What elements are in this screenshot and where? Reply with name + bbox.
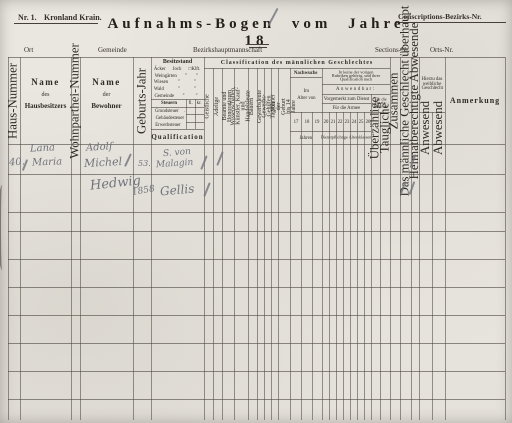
geburtsjahr-label: Geburts-Jahr <box>135 67 149 133</box>
besitzstand-row: Wiesen″″ <box>152 79 203 86</box>
scanned-census-form: Nr. 1. Kronland Krain. Conscriptions-Bez… <box>0 0 512 423</box>
grid-vline <box>343 112 344 420</box>
col-wissenschaften: Wissenschaften, Künstler, Kauf- und Hand… <box>234 68 248 144</box>
grid-hline <box>8 259 505 260</box>
bewohner-der-word: der <box>80 90 133 99</box>
steuer-kr-header: kr. <box>195 99 204 107</box>
col-geburtsjahr: Geburts-Jahr <box>133 57 151 144</box>
nachwuchs-jahren: Jahren <box>290 131 322 144</box>
nachwuchs-age-19: 19 <box>312 112 322 131</box>
grid-hline <box>8 315 505 316</box>
steuer-rows: Grundsteuer......... Gebäudesteuer......… <box>152 107 186 129</box>
grid-vline <box>329 112 330 420</box>
bewohner-name-word: Name <box>80 75 133 89</box>
anwendbar-label: Anwendbar: <box>322 84 390 94</box>
entry-resident-2: Michel <box>84 155 123 170</box>
grid-vline <box>505 57 506 420</box>
besitzstand-row: ÄckerJoch□Klft. <box>152 66 203 73</box>
steuer-fl-header: fl. <box>186 99 195 107</box>
steuer-row: Erwerbsteuer......... <box>152 122 186 129</box>
grid-vline <box>336 112 337 420</box>
col-adelige: Adelige <box>213 68 222 144</box>
grid-vline <box>312 112 313 420</box>
besitzstand-rows: ÄckerJoch□Klft. Weingärten″″ Wiesen″″ Wa… <box>152 66 203 99</box>
grid-hline <box>8 399 505 400</box>
entry-year-2: 53. <box>138 159 151 168</box>
grid-vline <box>432 112 433 420</box>
col-bauern: Bauern <box>248 68 257 144</box>
grid-hline <box>8 371 505 372</box>
steuer-row: Grundsteuer......... <box>152 107 186 114</box>
entry-owner-line1: Lana <box>30 142 56 154</box>
armee-age-24: 24 <box>350 112 357 131</box>
nachwuchs-age-18: 18 <box>301 112 312 131</box>
entry-owner-line2: Maria <box>32 156 63 168</box>
anmerkung-header: Anmerkung <box>445 57 505 144</box>
nachwuchs-age-17: 17 <box>290 112 301 131</box>
nachwuchs-alter: Im Alter von <box>290 77 322 112</box>
col-abwesend: Abwesend <box>432 112 445 144</box>
rubriken-header: In keine der vorigen Rubriken gehörig, u… <box>322 68 390 84</box>
entry-resident-1: Adolf <box>86 141 113 153</box>
entry-qualification-3: Gellis <box>159 182 194 199</box>
armee-age-23: 23 <box>343 112 350 131</box>
classification-title: Classification des männlichen Geschlecht… <box>204 57 390 68</box>
vorgemerkt-label: Vorgemerkt zum Dienst <box>322 94 371 103</box>
grid-vline <box>350 112 351 420</box>
armee-age-22: 22 <box>336 112 343 131</box>
col-geburt-bis-14: Von der Geburt bis 14 Jahre <box>278 68 290 144</box>
grid-vline <box>364 112 365 420</box>
grid-hline <box>186 114 204 115</box>
grid-hline <box>8 174 505 175</box>
col-anwesend: Anwesend <box>419 112 432 144</box>
hausbesitzer-name-word: Name <box>20 75 71 89</box>
besitzstand-row: Gemeinde″″ <box>152 92 203 99</box>
grid-hline <box>8 343 505 344</box>
col-geistliche: Geistliche <box>204 68 213 144</box>
steuer-row: Gebäudesteuer......... <box>152 114 186 121</box>
hausbesitzer-word: Hausbesitzers <box>20 100 71 112</box>
besitzstand-title: Besitzstand <box>151 58 204 66</box>
col-wohnparthei: Wohnparthei-Nummer <box>71 57 80 144</box>
col-haus-nummer: Haus-Nummer <box>8 57 20 144</box>
hausbesitzer-des-word: des <box>20 90 71 99</box>
bewohner-word: Bewohner <box>80 100 133 112</box>
grid-hline <box>8 212 505 213</box>
altersklassen-label: Dienstpflichtige Altersklassen <box>322 131 371 144</box>
grid-hline <box>8 287 505 288</box>
besitzstand-row: Wald″″ <box>152 86 203 93</box>
qualification-label: Qualification <box>151 129 204 144</box>
grid-vline <box>301 112 302 420</box>
besitzstand-row: Weingärten″″ <box>152 73 203 80</box>
armee-age-21: 21 <box>329 112 336 131</box>
grid-hline <box>8 231 505 232</box>
armee-age-25: 25 <box>357 112 364 131</box>
grid-vline <box>357 112 358 420</box>
armee-age-20: 20 <box>322 112 329 131</box>
nachwuchs-title: Nachwuchs <box>290 68 322 77</box>
steuer-title: Steuern <box>151 99 186 107</box>
fuer-die-armee-label: Für die Armee <box>322 103 371 112</box>
grid-hline <box>186 122 204 123</box>
